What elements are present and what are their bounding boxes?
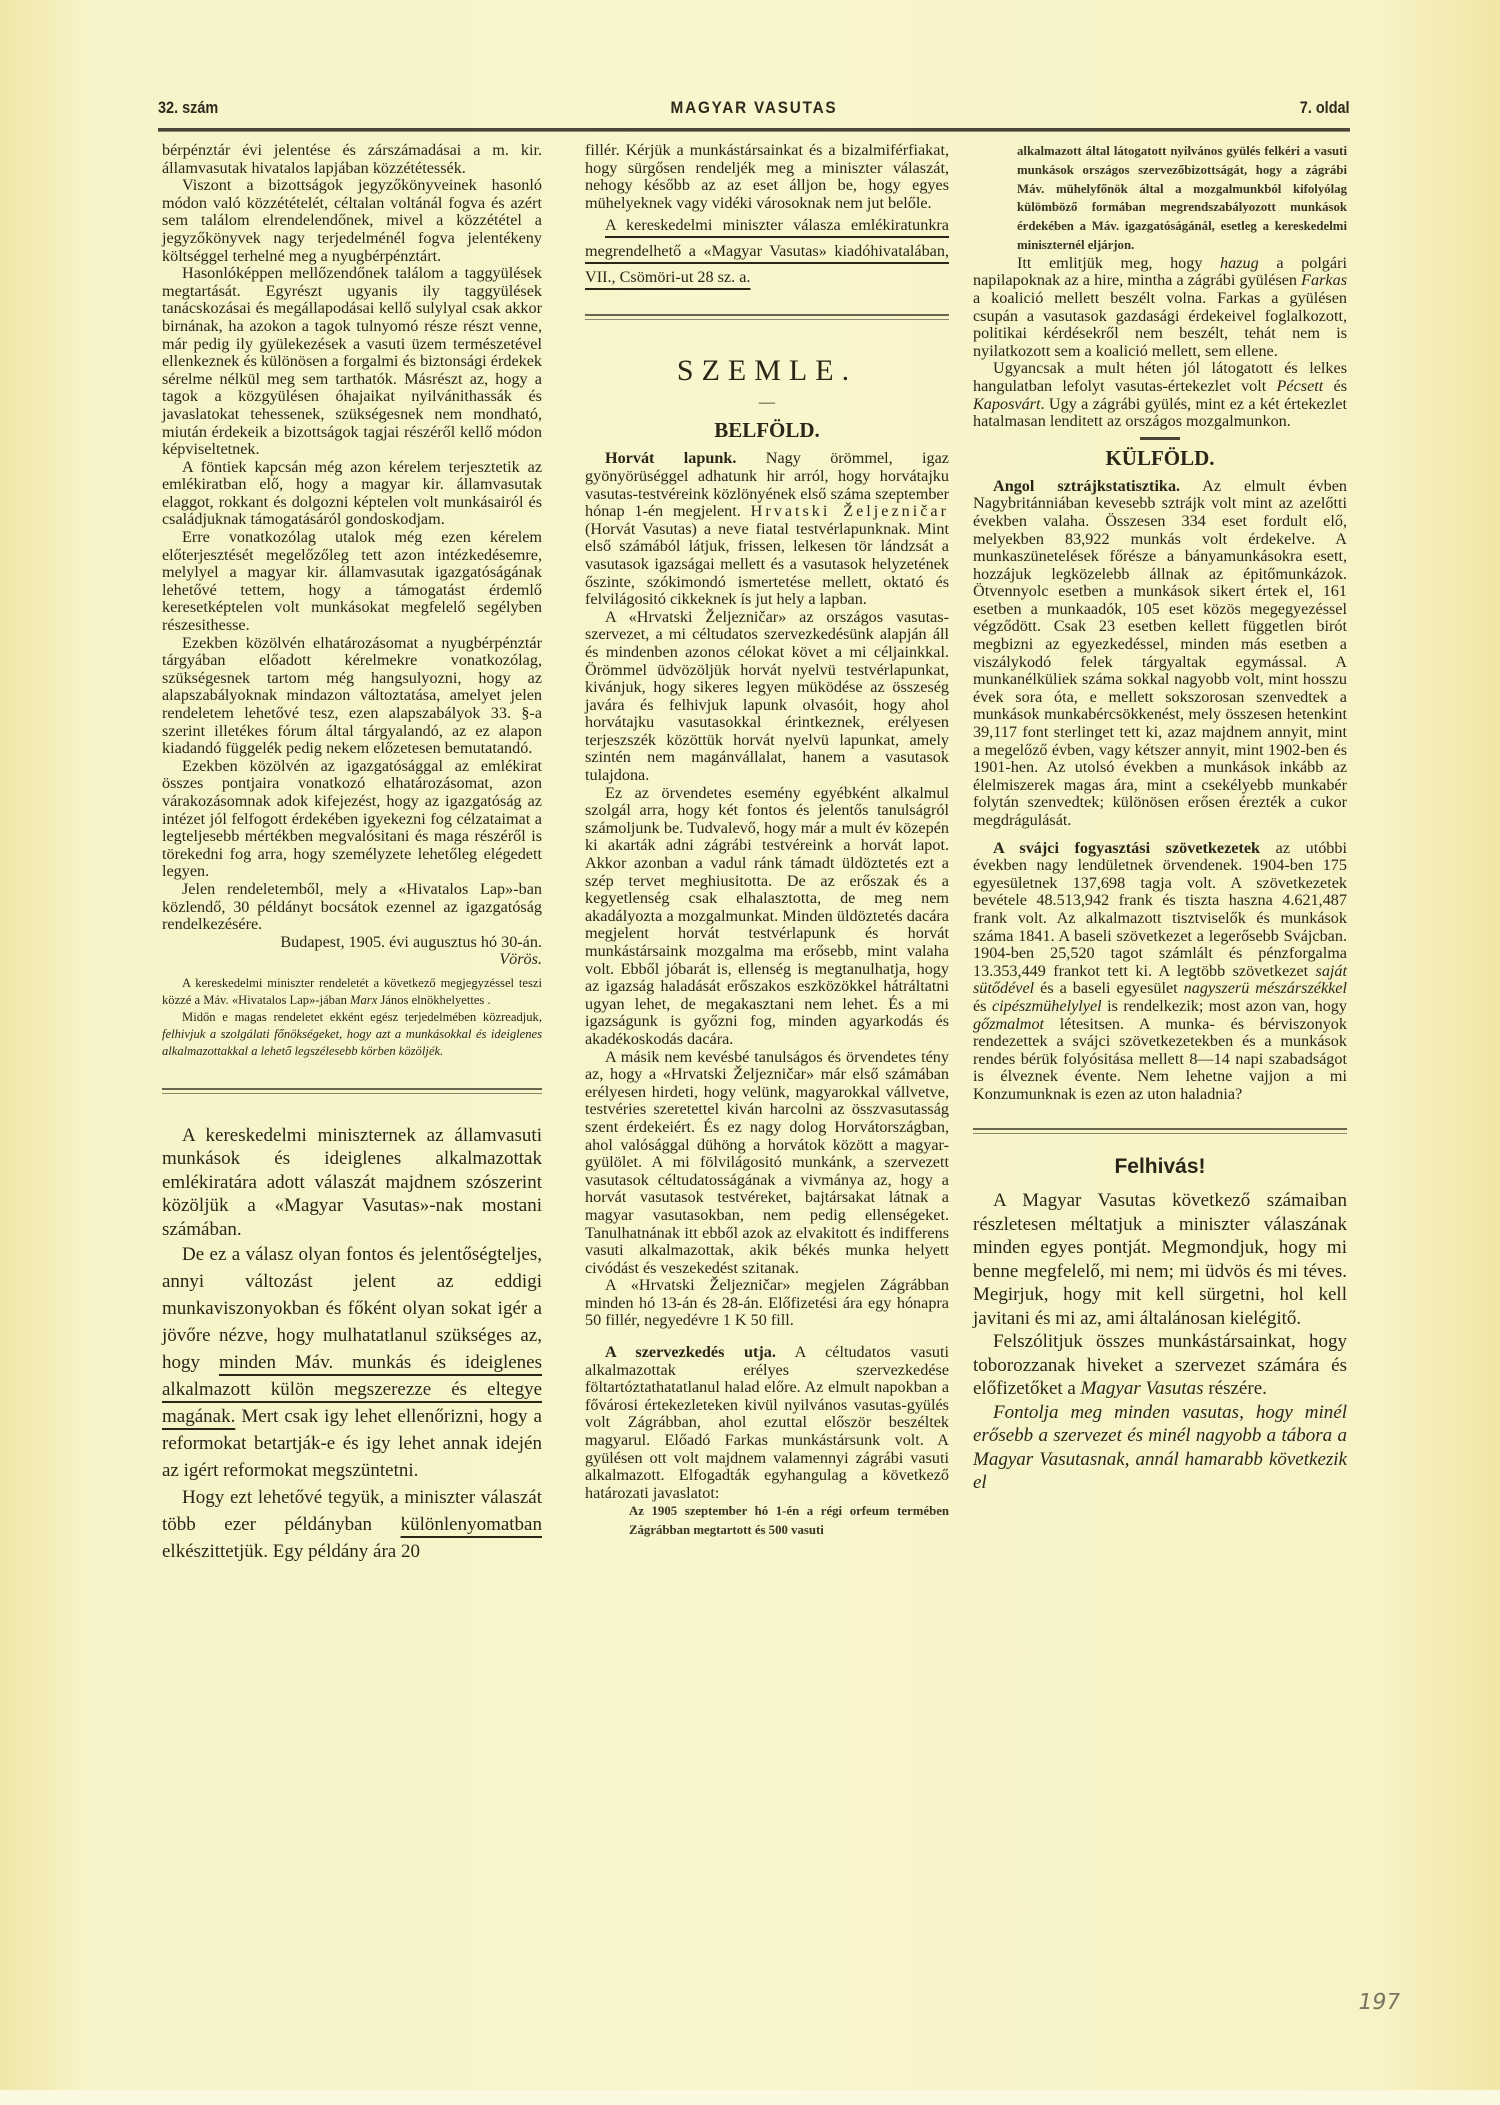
article-heading: A svájci fogyasztási szövetkezetek bbox=[993, 839, 1260, 857]
italic-text: cipészmühelylyel bbox=[992, 997, 1102, 1015]
order-notice: A kereskedelmi miniszter válasza emlékir… bbox=[585, 212, 949, 290]
paragraph: A «Hrvatski Željezničar» az országos vas… bbox=[585, 609, 949, 785]
text: és bbox=[1323, 377, 1347, 395]
text: is rendelkezik; most azon van, hogy bbox=[1102, 997, 1347, 1015]
resolution-text: Az 1905 szeptember hó 1-én a régi orfeum… bbox=[585, 1502, 949, 1540]
archive-folio-number: 197 bbox=[1356, 1990, 1402, 2015]
underlined-text: A kereskedelmi miniszter válasza emlékir… bbox=[585, 216, 949, 286]
italic-text: nagyszerü mészárszékkel bbox=[1184, 979, 1347, 997]
paragraph: Jelen rendeletemből, mely a «Hivatalos L… bbox=[162, 881, 542, 934]
paragraph: Viszont a bizottságok jegyzőkönyveinek h… bbox=[162, 177, 542, 265]
paragraph: Ez az örvendetes esemény egyébként alkal… bbox=[585, 785, 949, 1049]
text: A céltudatos vasuti alkalmazottak erélye… bbox=[585, 1343, 949, 1502]
text: elkészittetjük. Egy példány ára 20 bbox=[162, 1541, 420, 1562]
article-heading: Horvát lapunk. bbox=[605, 449, 736, 467]
text: és bbox=[973, 997, 992, 1015]
text: a koalició mellett beszélt volna. Farkas… bbox=[973, 289, 1347, 360]
paragraph: A kereskedelmi miniszternek az államvasu… bbox=[162, 1124, 542, 1242]
page-header: 32. szám MAGYAR VASUTAS 7. oldal bbox=[158, 88, 1350, 128]
text: Itt emlitjük meg, hogy bbox=[1017, 254, 1220, 272]
italic-text: Kaposvárt bbox=[973, 395, 1040, 413]
section-divider bbox=[162, 1088, 542, 1094]
paragraph: A Magyar Vasutas következő számaiban rés… bbox=[973, 1189, 1347, 1330]
column-right: alkalmazott által látogatott nyilvános g… bbox=[973, 142, 1347, 1495]
paragraph: Ezekben közölvén az igazgatósággal az em… bbox=[162, 758, 542, 881]
article-horvat-lapunk: Horvát lapunk. Nagy örömmel, igaz gyönyö… bbox=[585, 450, 949, 608]
text: (Horvát Vasutas) a neve fiatal testvérla… bbox=[585, 520, 949, 608]
paragraph: De ez a válasz olyan fontos és jelentősé… bbox=[162, 1241, 542, 1484]
note-text: Midőn e magas rendeletet ekként egész te… bbox=[182, 1010, 542, 1024]
text: az utóbbi években nagy lendületnek örven… bbox=[973, 839, 1347, 980]
paragraph: Fontolja meg minden vasutas, hogy minél … bbox=[973, 1401, 1347, 1495]
italic-text: hazug bbox=[1220, 254, 1259, 272]
article-svajci-szovetkezetek: A svájci fogyasztási szövetkezetek az ut… bbox=[973, 840, 1347, 1104]
felhivas-heading: Felhivás! bbox=[973, 1158, 1347, 1176]
short-divider bbox=[1140, 437, 1180, 440]
column-left: bérpénztár évi jelentése és zárszámadása… bbox=[162, 142, 542, 1565]
text: Az elmult évben Nagybritánniában keveseb… bbox=[973, 477, 1347, 829]
title-dash: — bbox=[585, 392, 949, 412]
section-divider bbox=[973, 1128, 1347, 1134]
paragraph: bérpénztár évi jelentése és zárszámadása… bbox=[162, 142, 542, 177]
paragraph: A másik nem kevésbé tanulságos és örvend… bbox=[585, 1049, 949, 1278]
note-text: János elnökhelyettes . bbox=[377, 993, 490, 1007]
text: és a baseli egyesület bbox=[1034, 979, 1184, 997]
text: részére. bbox=[1204, 1378, 1267, 1399]
paragraph: Itt emlitjük meg, hogy hazug a polgári n… bbox=[973, 255, 1347, 361]
paragraph: Erre vonatkozólag utalok még ezen kérele… bbox=[162, 529, 542, 635]
section-heading-belfold: BELFÖLD. bbox=[585, 416, 949, 444]
paragraph: Felszólitjuk összes munkástársainkat, ho… bbox=[973, 1330, 1347, 1401]
paragraph: fillér. Kérjük a munkástársainkat és a b… bbox=[585, 142, 949, 212]
section-title-szemle: SZEMLE. bbox=[585, 354, 949, 388]
note-name: Marx bbox=[350, 993, 377, 1007]
article-heading: A szervezkedés utja. bbox=[605, 1343, 776, 1361]
article-szervezkedes: A szervezkedés utja. A céltudatos vasuti… bbox=[585, 1344, 949, 1502]
note-italic: felhivjuk a szolgálati főnökségeket, hog… bbox=[162, 1027, 542, 1058]
spaced-title: Hrvatski Željezničar bbox=[751, 502, 949, 520]
paragraph: Ezekben közölvén elhatározásomat a nyugb… bbox=[162, 635, 542, 758]
issue-number: 32. szám bbox=[158, 98, 218, 118]
paragraph: A föntiek kapcsán még azon kérelem terje… bbox=[162, 459, 542, 529]
editor-note: A kereskedelmi miniszter rendeletét a kö… bbox=[162, 975, 542, 1009]
italic-text: Magyar Vasutas bbox=[1081, 1378, 1204, 1399]
newspaper-title: MAGYAR VASUTAS bbox=[218, 98, 1291, 118]
section-divider bbox=[585, 314, 949, 320]
paragraph: Hogy ezt lehetővé tegyük, a miniszter vá… bbox=[162, 1484, 542, 1565]
paragraph: Ugyancsak a mult héten jól látogatott és… bbox=[973, 360, 1347, 430]
italic-text: Fontolja meg minden vasutas, hogy minél … bbox=[973, 1402, 1347, 1494]
italic-text: gőzmalmot bbox=[973, 1015, 1044, 1033]
editor-note: Midőn e magas rendeletet ekként egész te… bbox=[162, 1009, 542, 1060]
paragraph: Hasonlóképpen mellőzendőnek találom a ta… bbox=[162, 265, 542, 459]
scan-edge bbox=[0, 2090, 1500, 2105]
section-heading-kulfold: KÜLFÖLD. bbox=[973, 444, 1347, 472]
column-middle: fillér. Kérjük a munkástársainkat és a b… bbox=[585, 142, 949, 1540]
italic-text: Farkas bbox=[1301, 271, 1347, 289]
resolution-text: alkalmazott által látogatott nyilvános g… bbox=[973, 142, 1347, 255]
paragraph: A «Hrvatski Željezničar» megjelen Zágráb… bbox=[585, 1277, 949, 1330]
dateline: Budapest, 1905. évi augusztus hó 30-án. bbox=[162, 934, 542, 952]
header-rule bbox=[158, 128, 1350, 132]
article-angol-sztrajk: Angol sztrájkstatisztika. Az elmult évbe… bbox=[973, 478, 1347, 830]
article-heading: Angol sztrájkstatisztika. bbox=[993, 477, 1180, 495]
italic-text: Pécsett bbox=[1277, 377, 1324, 395]
signature: Vörös. bbox=[162, 951, 542, 969]
underlined-text: különlenyomatban bbox=[401, 1514, 542, 1535]
page-number: 7. oldal bbox=[1300, 98, 1350, 118]
